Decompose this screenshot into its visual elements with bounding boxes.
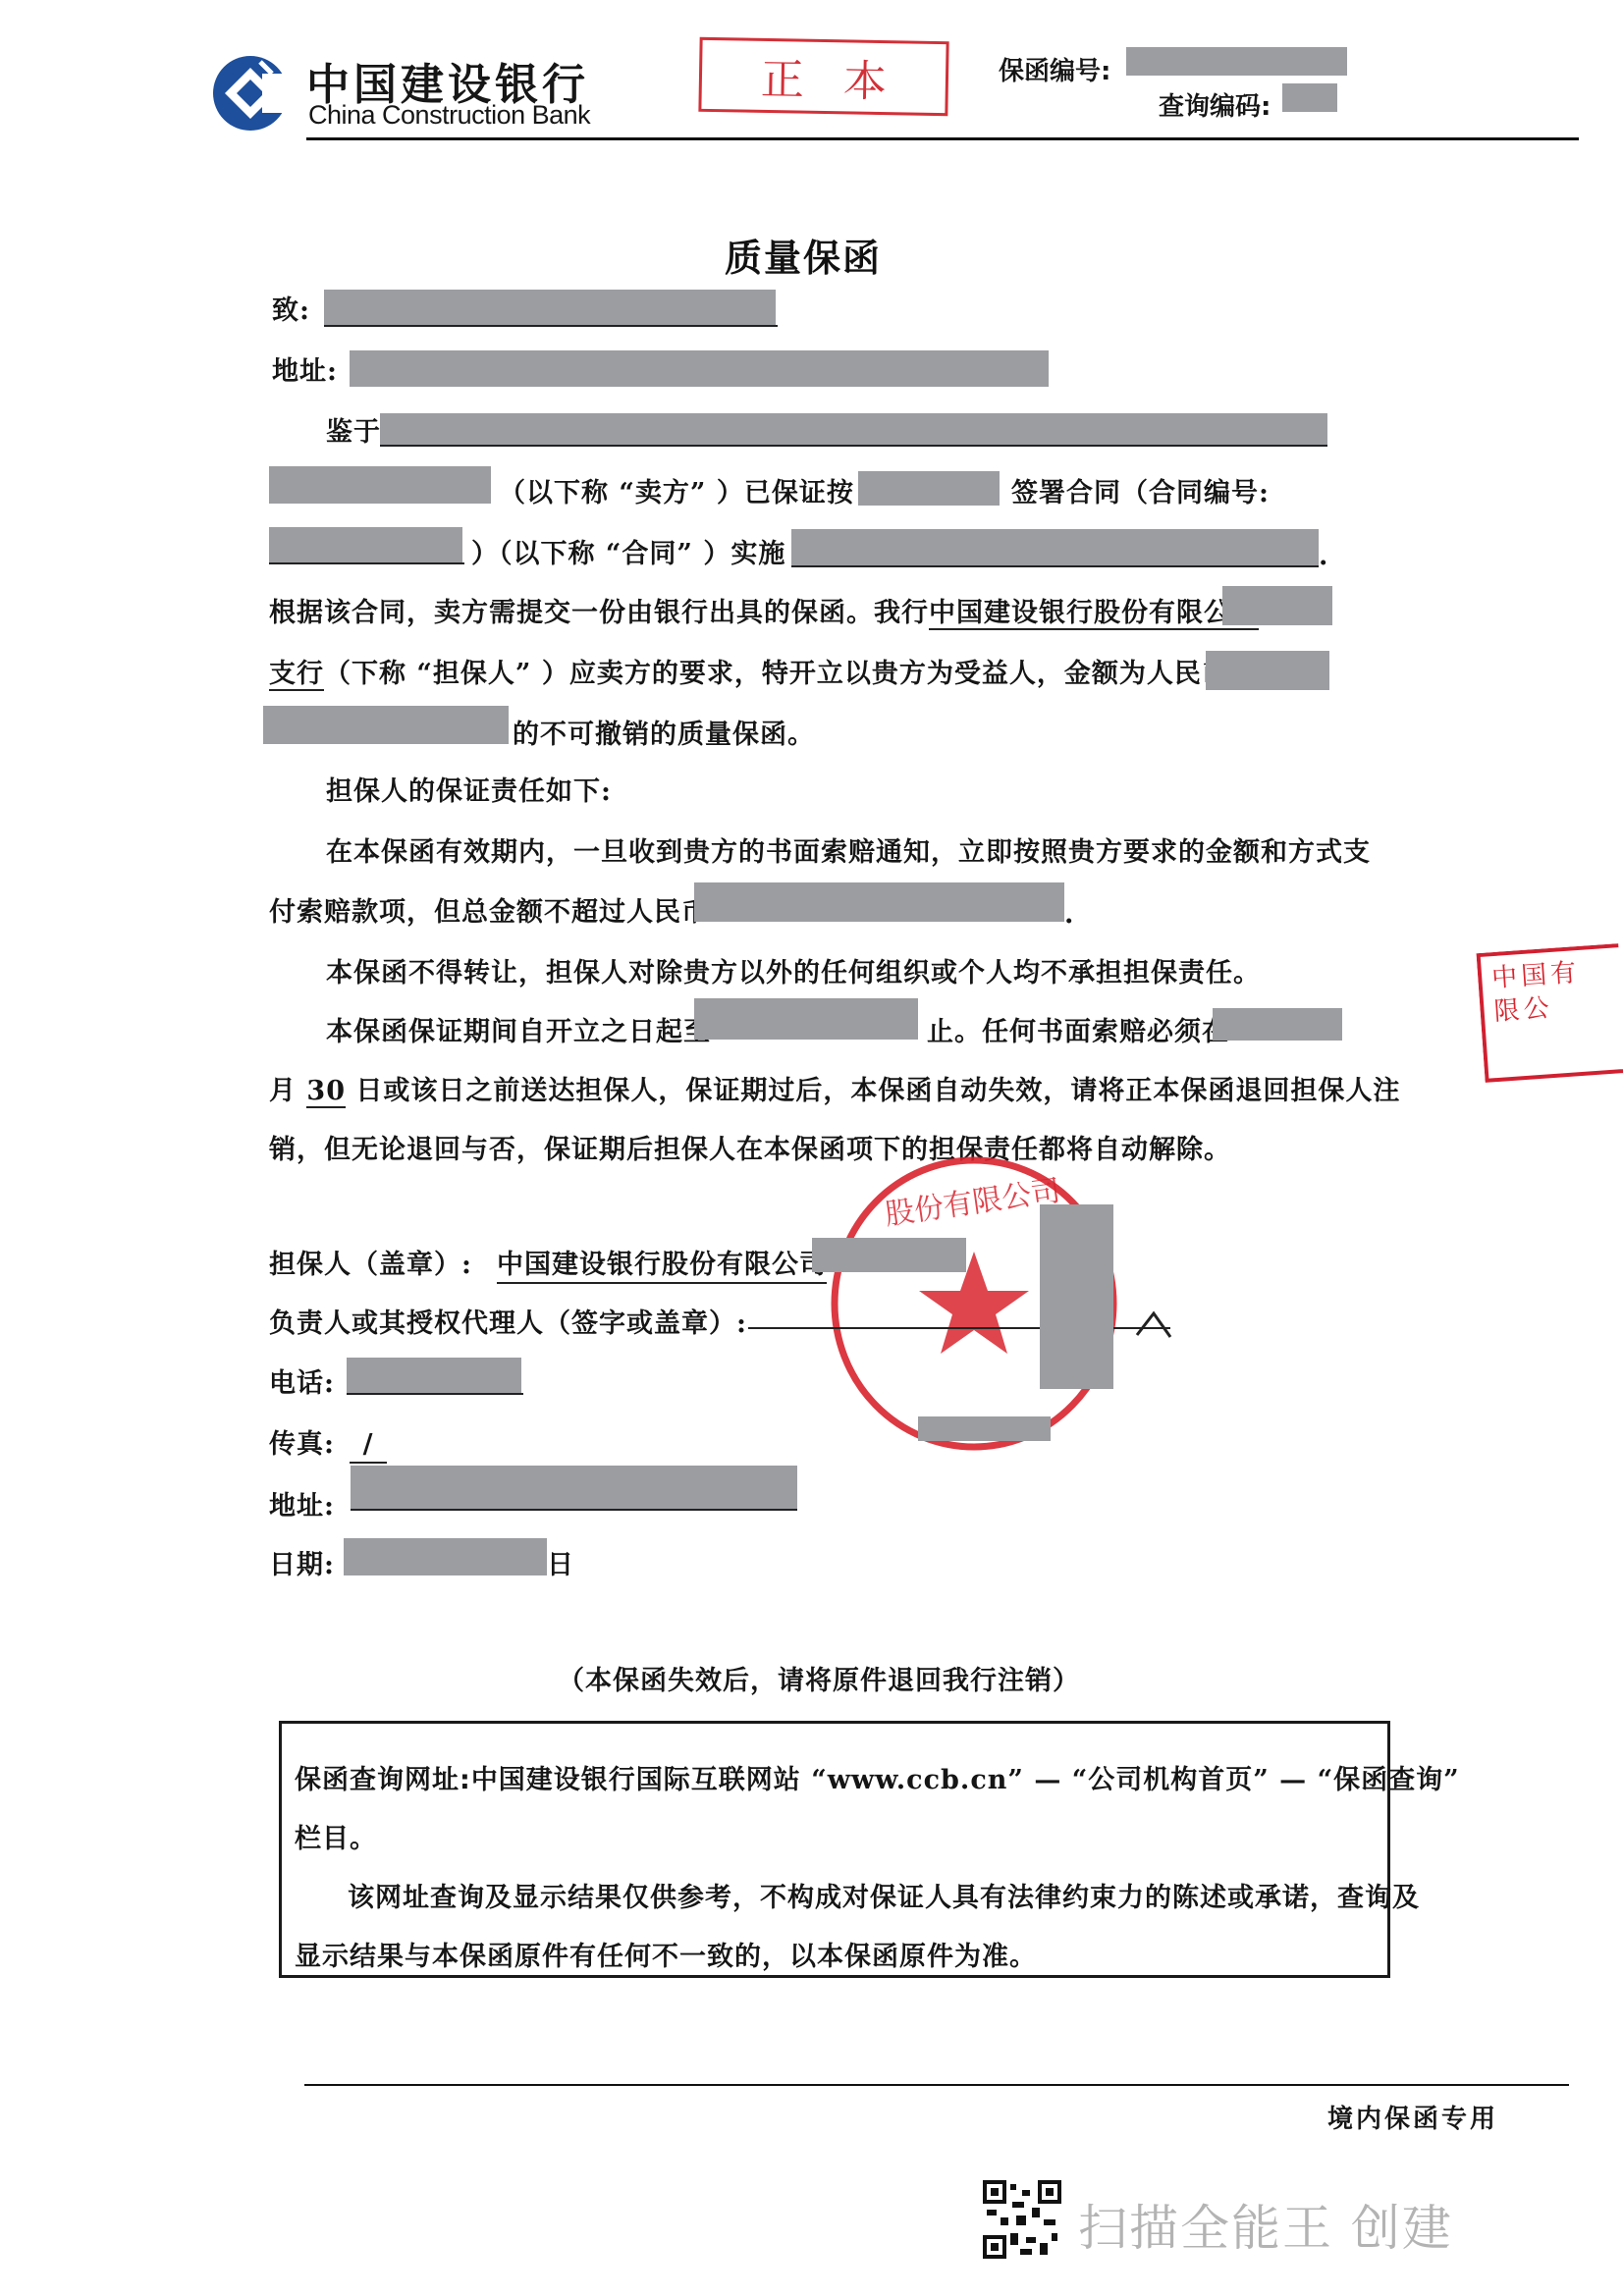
claim-day: 30 [306, 1076, 346, 1108]
para1-line6: 的不可撤销的质量保函。 [513, 719, 815, 752]
bank-logo [211, 54, 290, 133]
para2-line1: 在本保函有效期内，一旦收到贵方的书面索赔通知，立即按照贵方要求的金额和方式支 [326, 836, 1371, 870]
query-line2: 栏目。 [295, 1823, 377, 1856]
signature-address-label: 地址: [269, 1490, 335, 1523]
branch-suffix: 支行 [269, 659, 324, 691]
para1-line5: 支行（下称 “担保人” ）应卖方的要求，特开立以贵方为受益人，金额为人民币 [269, 658, 1229, 691]
to-redacted [324, 290, 776, 325]
original-stamp: 正本 [698, 37, 948, 116]
para1-line4-text: 根据该合同，卖方需提交一份由银行出具的保函。我行 [269, 598, 929, 628]
seller-name-2-redacted [269, 466, 491, 504]
para4-line1-b: 止。任何书面索赔必须在 [927, 1016, 1229, 1049]
query-disclaimer-line1: 该网址查询及显示结果仅供参考，不构成对保证人具有法律约束力的陈述或承诺，查询及 [348, 1882, 1420, 1915]
query-info-box [279, 1721, 1390, 1978]
query-url-label: 保函查询网址: [295, 1765, 471, 1795]
contract-date-redacted [858, 471, 1000, 506]
side-seal: 中国有限公 [1477, 943, 1623, 1085]
phone-underline [347, 1393, 523, 1395]
query-url-text: 中国建设银行国际互联网站 “www.ccb.cn” — “公司机构首页” — “… [471, 1765, 1460, 1795]
para4-line2-text: 日或该日之前送达担保人，保证期过后，本保函自动失效，请将正本保函退回担保人注 [355, 1076, 1400, 1106]
project-redacted [791, 529, 1319, 565]
claim-deadline-redacted [1213, 1008, 1342, 1041]
para1-line3-end: . [1319, 540, 1328, 573]
project-underline [791, 565, 1319, 567]
contract-no-underline [269, 562, 464, 564]
expiry-date-redacted [694, 998, 918, 1040]
date-redacted [344, 1538, 547, 1575]
amount-redacted [1206, 651, 1329, 690]
para4-line1-a: 本保函保证期间自开立之日起至 [326, 1016, 711, 1049]
phone-redacted [347, 1358, 521, 1393]
signature-address-underline [351, 1509, 797, 1511]
para1-line5-text: （下称 “担保人” ）应卖方的要求，特开立以贵方为受益人，金额为人民币 [324, 659, 1229, 689]
guarantor-branch-redacted [812, 1238, 966, 1272]
fax-value: / [350, 1428, 387, 1464]
query-line1: 保函查询网址:中国建设银行国际互联网站 “www.ccb.cn” — “公司机构… [295, 1764, 1460, 1797]
date-suffix: 日 [547, 1549, 574, 1582]
header-divider [306, 137, 1579, 140]
address-redacted [350, 350, 1049, 387]
date-label: 日期: [269, 1549, 335, 1582]
qr-code-icon [983, 2180, 1061, 2259]
para2-line2: 付索赔款项，但总金额不超过人民币 [269, 896, 709, 930]
responsibility-heading: 担保人的保证责任如下: [326, 775, 612, 809]
contract-no-redacted [269, 527, 462, 562]
para4-line2: 月 30 日或该日之前送达担保人，保证期过后，本保函自动失效，请将正本保函退回担… [269, 1075, 1400, 1108]
footer-divider [304, 2084, 1569, 2086]
ccb-logo-icon [211, 54, 290, 133]
seal-number-redacted [918, 1416, 1051, 1441]
guarantee-no-label: 保函编号: [999, 51, 1110, 87]
para1-line4: 根据该合同，卖方需提交一份由银行出具的保函。我行中国建设银行股份有限公司 [269, 597, 1259, 630]
scanner-watermark: 扫描全能王 创建 [1078, 2189, 1453, 2260]
page-title: 质量保函 [725, 228, 882, 282]
para1-line3-a: ）（以下称 “合同” ）实施 [471, 538, 785, 571]
month-label: 月 [269, 1076, 297, 1106]
phone-label: 电话: [269, 1367, 335, 1401]
signatory-redacted [1040, 1204, 1113, 1389]
svg-text:股份有限公司: 股份有限公司 [883, 1174, 1062, 1233]
side-seal-text: 中国有限公 [1490, 955, 1593, 1029]
bank-name-en: China Construction Bank [308, 100, 590, 131]
return-notice: （本保函失效后，请将原件退回我行注销） [558, 1665, 1080, 1698]
seller-name-redacted [380, 413, 1327, 445]
signature-address-redacted [351, 1466, 797, 1509]
para1-line1: 鉴于 [326, 416, 381, 450]
query-code-redacted [1282, 83, 1337, 112]
domestic-use-label: 境内保函专用 [1327, 2099, 1498, 2135]
para1-line2-a: （以下称 “卖方” ）已保证按 [499, 477, 854, 510]
query-code-label: 查询编码: [1159, 86, 1271, 123]
query-disclaimer-line2: 显示结果与本保函原件有任何不一致的，以本保函原件为准。 [295, 1941, 1037, 1974]
issuing-bank: 中国建设银行股份有限公司 [929, 598, 1259, 630]
seller-underline [380, 445, 1327, 447]
to-label: 致: [272, 294, 310, 328]
amount-words-redacted [263, 706, 509, 744]
para1-line2-b: 签署合同（合同编号: [1011, 477, 1270, 510]
to-underline [324, 325, 778, 327]
fax-label: 传真: [269, 1428, 335, 1462]
guarantor-label: 担保人（盖章）: [269, 1249, 472, 1282]
address-label: 地址: [272, 355, 338, 389]
guarantee-no-redacted [1126, 47, 1347, 76]
branch-redacted [1222, 586, 1332, 625]
original-stamp-text: 正本 [760, 44, 926, 110]
para2-end: . [1064, 898, 1074, 932]
representative-label: 负责人或其授权代理人（签字或盖章）: [269, 1308, 747, 1341]
para3: 本保函不得转让，担保人对除贵方以外的任何组织或个人均不承担担保责任。 [326, 957, 1261, 990]
max-amount-redacted [694, 882, 1064, 922]
guarantor-value: 中国建设银行股份有限公司 [497, 1249, 827, 1284]
